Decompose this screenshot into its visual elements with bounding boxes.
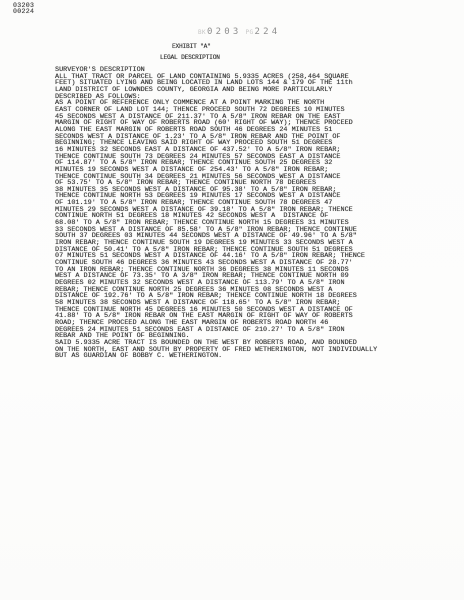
scanned-document-page: 03203 00224 BK0203PG224 EXHIBIT "A" LEGA… xyxy=(0,0,464,600)
legal-description-heading: LEGAL DESCRIPTION xyxy=(160,54,220,61)
legal-description-body: SURVEYOR'S DESCRIPTION ALL THAT TRACT OR… xyxy=(55,67,450,360)
margin-page-number: 00224 xyxy=(13,9,34,15)
stamp-page-prefix: PG xyxy=(246,29,254,36)
book-page-stamp: BK0203PG224 xyxy=(198,27,280,38)
stamp-book-prefix: BK xyxy=(198,29,206,36)
stamp-page-number: 224 xyxy=(255,27,281,37)
margin-reference-numbers: 03203 00224 xyxy=(13,3,34,16)
exhibit-heading: EXHIBIT "A" xyxy=(172,43,211,50)
stamp-book-number: 0203 xyxy=(207,27,241,37)
